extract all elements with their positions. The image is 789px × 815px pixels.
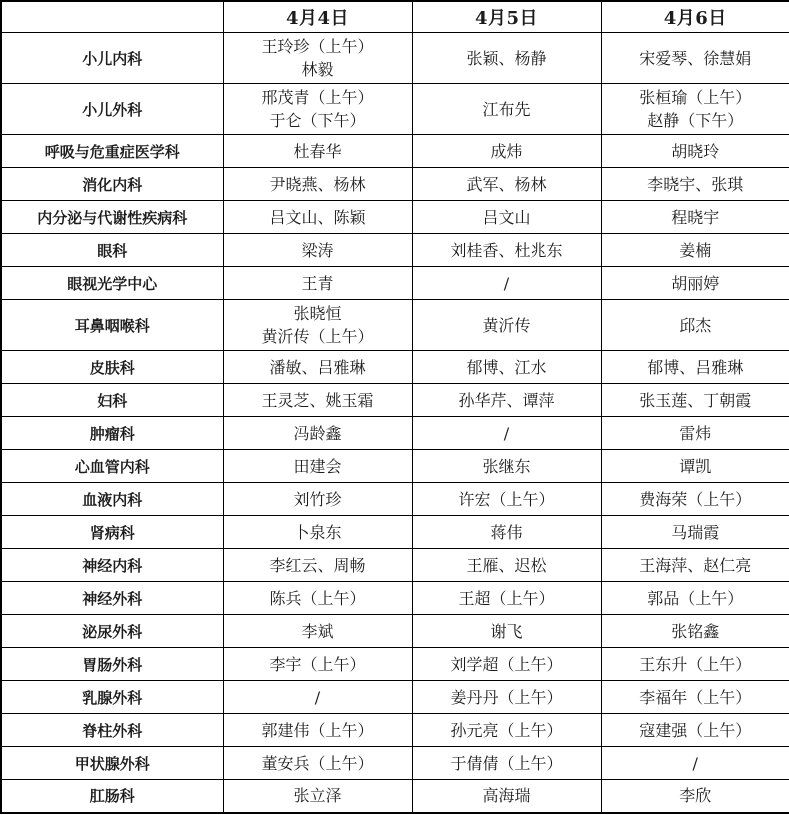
doctor-name: 李福年（上午） [606,686,786,709]
table-row: 小儿内科王玲珍（上午）林毅张颖、杨静宋爱琴、徐慧娟 [1,33,789,84]
schedule-cell: 武军、杨林 [412,168,601,201]
schedule-cell: / [223,681,412,714]
schedule-cell: 郁博、江水 [412,351,601,384]
doctor-name: 高海瑞 [417,784,597,807]
schedule-cell: 吕文山、陈颖 [223,201,412,234]
schedule-cell: 张铭鑫 [601,615,789,648]
table-row: 妇科王灵芝、姚玉霜孙华芹、谭萍张玉莲、丁朝霞 [1,384,789,417]
department-name: 肛肠科 [1,780,223,813]
doctor-name: 于仑（下午） [228,109,408,132]
schedule-cell: 谢飞 [412,615,601,648]
table-row: 皮肤科潘敏、吕雅琳郁博、江水郁博、吕雅琳 [1,351,789,384]
doctor-name: 王东升（上午） [606,653,786,676]
schedule-table: 4月4日 4月5日 4月6日 小儿内科王玲珍（上午）林毅张颖、杨静宋爱琴、徐慧娟… [0,0,789,814]
doctor-name: 杜春华 [228,140,408,163]
schedule-cell: 王灵芝、姚玉霜 [223,384,412,417]
doctor-name: 寇建强（上午） [606,719,786,742]
doctor-name: 李宇（上午） [228,653,408,676]
doctor-name: 谭凯 [606,455,786,478]
schedule-cell: 雷炜 [601,417,789,450]
department-name: 小儿外科 [1,84,223,135]
table-row: 肛肠科张立泽高海瑞李欣 [1,780,789,813]
schedule-cell: 董安兵（上午） [223,747,412,780]
doctor-name: 梁涛 [228,239,408,262]
doctor-name: 张颖、杨静 [417,47,597,70]
schedule-cell: 李晓宇、张琪 [601,168,789,201]
department-name: 肾病科 [1,516,223,549]
table-row: 眼科梁涛刘桂香、杜兆东姜楠 [1,234,789,267]
table-row: 耳鼻咽喉科张晓恒黄沂传（上午）黄沂传邱杰 [1,300,789,351]
schedule-cell: 蒋伟 [412,516,601,549]
schedule-cell: 张立泽 [223,780,412,813]
doctor-name: 成炜 [417,140,597,163]
doctor-name: 张立泽 [228,784,408,807]
doctor-name: 刘桂香、杜兆东 [417,239,597,262]
schedule-cell: 邢茂青（上午）于仑（下午） [223,84,412,135]
doctor-name: 田建会 [228,455,408,478]
department-name: 眼科 [1,234,223,267]
schedule-cell: 胡丽婷 [601,267,789,300]
department-name: 小儿内科 [1,33,223,84]
schedule-cell: 刘学超（上午） [412,648,601,681]
doctor-name: 王超（上午） [417,587,597,610]
department-name: 妇科 [1,384,223,417]
doctor-name: 吕文山、陈颖 [228,206,408,229]
schedule-cell: 程晓宇 [601,201,789,234]
doctor-name: 郭品（上午） [606,587,786,610]
schedule-cell: 高海瑞 [412,780,601,813]
table-row: 心血管内科田建会张继东谭凯 [1,450,789,483]
schedule-cell: 卜泉东 [223,516,412,549]
doctor-name: 武军、杨林 [417,173,597,196]
department-name: 乳腺外科 [1,681,223,714]
schedule-cell: 姜丹丹（上午） [412,681,601,714]
department-name: 耳鼻咽喉科 [1,300,223,351]
schedule-cell: 梁涛 [223,234,412,267]
table-row: 眼视光学中心王青/胡丽婷 [1,267,789,300]
table-row: 肿瘤科冯龄鑫/雷炜 [1,417,789,450]
schedule-cell: 姜楠 [601,234,789,267]
schedule-cell: 李宇（上午） [223,648,412,681]
doctor-name: 黄沂传（上午） [228,325,408,348]
table-row: 泌尿外科李斌谢飞张铭鑫 [1,615,789,648]
doctor-name: 张继东 [417,455,597,478]
doctor-name: / [417,272,597,295]
date-column-header-apr5: 4月5日 [412,1,601,33]
doctor-name: 蒋伟 [417,521,597,544]
doctor-name: 程晓宇 [606,206,786,229]
department-name: 神经内科 [1,549,223,582]
department-name: 心血管内科 [1,450,223,483]
table-row: 小儿外科邢茂青（上午）于仑（下午）江布先张桓瑜（上午）赵静（下午） [1,84,789,135]
doctor-name: 孙华芹、谭萍 [417,389,597,412]
header-row: 4月4日 4月5日 4月6日 [1,1,789,33]
doctor-name: 李欣 [606,784,786,807]
doctor-name: 刘学超（上午） [417,653,597,676]
schedule-cell: 张晓恒黄沂传（上午） [223,300,412,351]
schedule-cell: 潘敏、吕雅琳 [223,351,412,384]
schedule-cell: 马瑞霞 [601,516,789,549]
schedule-cell: 王超（上午） [412,582,601,615]
date-column-header-apr6: 4月6日 [601,1,789,33]
doctor-name: 孙元亮（上午） [417,719,597,742]
doctor-name: / [228,686,408,709]
schedule-cell: 张颖、杨静 [412,33,601,84]
schedule-cell: 胡晓玲 [601,135,789,168]
schedule-cell: 郭建伟（上午） [223,714,412,747]
table-row: 甲状腺外科董安兵（上午）于倩倩（上午）/ [1,747,789,780]
doctor-name: 李晓宇、张琪 [606,173,786,196]
table-row: 呼吸与危重症医学科杜春华成炜胡晓玲 [1,135,789,168]
schedule-cell: 王玲珍（上午）林毅 [223,33,412,84]
table-row: 神经内科李红云、周畅王雁、迟松王海萍、赵仁亮 [1,549,789,582]
doctor-name: 赵静（下午） [606,109,786,132]
doctor-name: 胡丽婷 [606,272,786,295]
doctor-name: 王灵芝、姚玉霜 [228,389,408,412]
doctor-name: 费海荣（上午） [606,488,786,511]
department-name: 甲状腺外科 [1,747,223,780]
doctor-name: 马瑞霞 [606,521,786,544]
doctor-name: 江布先 [417,98,597,121]
schedule-cell: 费海荣（上午） [601,483,789,516]
table-row: 脊柱外科郭建伟（上午）孙元亮（上午）寇建强（上午） [1,714,789,747]
doctor-schedule-page: 4月4日 4月5日 4月6日 小儿内科王玲珍（上午）林毅张颖、杨静宋爱琴、徐慧娟… [0,0,789,815]
schedule-cell: 张桓瑜（上午）赵静（下午） [601,84,789,135]
doctor-name: 潘敏、吕雅琳 [228,356,408,379]
doctor-name: 郁博、江水 [417,356,597,379]
schedule-cell: 李斌 [223,615,412,648]
schedule-cell: 陈兵（上午） [223,582,412,615]
schedule-cell: 成炜 [412,135,601,168]
schedule-cell: 王雁、迟松 [412,549,601,582]
schedule-cell: 宋爱琴、徐慧娟 [601,33,789,84]
table-row: 血液内科刘竹珍许宏（上午）费海荣（上午） [1,483,789,516]
department-name: 呼吸与危重症医学科 [1,135,223,168]
doctor-name: 许宏（上午） [417,488,597,511]
doctor-name: 李斌 [228,620,408,643]
schedule-cell: 郁博、吕雅琳 [601,351,789,384]
doctor-name: 姜楠 [606,239,786,262]
doctor-name: 王玲珍（上午） [228,35,408,58]
schedule-cell: 冯龄鑫 [223,417,412,450]
doctor-name: 陈兵（上午） [228,587,408,610]
schedule-cell: 孙元亮（上午） [412,714,601,747]
doctor-name: 雷炜 [606,422,786,445]
schedule-cell: 张玉莲、丁朝霞 [601,384,789,417]
schedule-cell: / [412,267,601,300]
schedule-cell: 张继东 [412,450,601,483]
doctor-name: 吕文山 [417,206,597,229]
doctor-name: 邱杰 [606,314,786,337]
schedule-cell: 郭品（上午） [601,582,789,615]
schedule-cell: 邱杰 [601,300,789,351]
table-row: 乳腺外科/姜丹丹（上午）李福年（上午） [1,681,789,714]
department-name: 神经外科 [1,582,223,615]
doctor-name: 刘竹珍 [228,488,408,511]
doctor-name: 郁博、吕雅琳 [606,356,786,379]
schedule-cell: 杜春华 [223,135,412,168]
doctor-name: 郭建伟（上午） [228,719,408,742]
doctor-name: 冯龄鑫 [228,422,408,445]
doctor-name: 王青 [228,272,408,295]
schedule-cell: / [412,417,601,450]
doctor-name: 董安兵（上午） [228,752,408,775]
doctor-name: 张铭鑫 [606,620,786,643]
doctor-name: 邢茂青（上午） [228,86,408,109]
department-name: 脊柱外科 [1,714,223,747]
schedule-cell: 于倩倩（上午） [412,747,601,780]
doctor-name: 谢飞 [417,620,597,643]
schedule-cell: 寇建强（上午） [601,714,789,747]
doctor-name: 胡晓玲 [606,140,786,163]
doctor-name: 李红云、周畅 [228,554,408,577]
doctor-name: 张晓恒 [228,302,408,325]
schedule-cell: 李红云、周畅 [223,549,412,582]
schedule-cell: 李欣 [601,780,789,813]
department-column-header [1,1,223,33]
schedule-cell: 江布先 [412,84,601,135]
doctor-name: 宋爱琴、徐慧娟 [606,47,786,70]
table-row: 神经外科陈兵（上午）王超（上午）郭品（上午） [1,582,789,615]
table-row: 肾病科卜泉东蒋伟马瑞霞 [1,516,789,549]
doctor-name: 张玉莲、丁朝霞 [606,389,786,412]
department-name: 泌尿外科 [1,615,223,648]
schedule-cell: 刘竹珍 [223,483,412,516]
doctor-name: 张桓瑜（上午） [606,86,786,109]
department-name: 肿瘤科 [1,417,223,450]
department-name: 胃肠外科 [1,648,223,681]
department-name: 内分泌与代谢性疾病科 [1,201,223,234]
doctor-name: 王海萍、赵仁亮 [606,554,786,577]
table-row: 消化内科尹晓燕、杨林武军、杨林李晓宇、张琪 [1,168,789,201]
schedule-cell: 孙华芹、谭萍 [412,384,601,417]
department-name: 血液内科 [1,483,223,516]
date-column-header-apr4: 4月4日 [223,1,412,33]
doctor-name: / [606,752,786,775]
doctor-name: 林毅 [228,58,408,81]
schedule-cell: 刘桂香、杜兆东 [412,234,601,267]
doctor-name: 姜丹丹（上午） [417,686,597,709]
doctor-name: 卜泉东 [228,521,408,544]
department-name: 眼视光学中心 [1,267,223,300]
doctor-name: 于倩倩（上午） [417,752,597,775]
schedule-cell: 黄沂传 [412,300,601,351]
schedule-cell: 王东升（上午） [601,648,789,681]
schedule-cell: 尹晓燕、杨林 [223,168,412,201]
schedule-cell: 许宏（上午） [412,483,601,516]
schedule-cell: 王青 [223,267,412,300]
table-row: 内分泌与代谢性疾病科吕文山、陈颖吕文山程晓宇 [1,201,789,234]
table-row: 胃肠外科李宇（上午）刘学超（上午）王东升（上午） [1,648,789,681]
schedule-cell: / [601,747,789,780]
schedule-cell: 谭凯 [601,450,789,483]
doctor-name: 黄沂传 [417,314,597,337]
department-name: 皮肤科 [1,351,223,384]
schedule-cell: 田建会 [223,450,412,483]
department-name: 消化内科 [1,168,223,201]
schedule-cell: 李福年（上午） [601,681,789,714]
schedule-cell: 吕文山 [412,201,601,234]
schedule-cell: 王海萍、赵仁亮 [601,549,789,582]
doctor-name: 王雁、迟松 [417,554,597,577]
doctor-name: 尹晓燕、杨林 [228,173,408,196]
doctor-name: / [417,422,597,445]
